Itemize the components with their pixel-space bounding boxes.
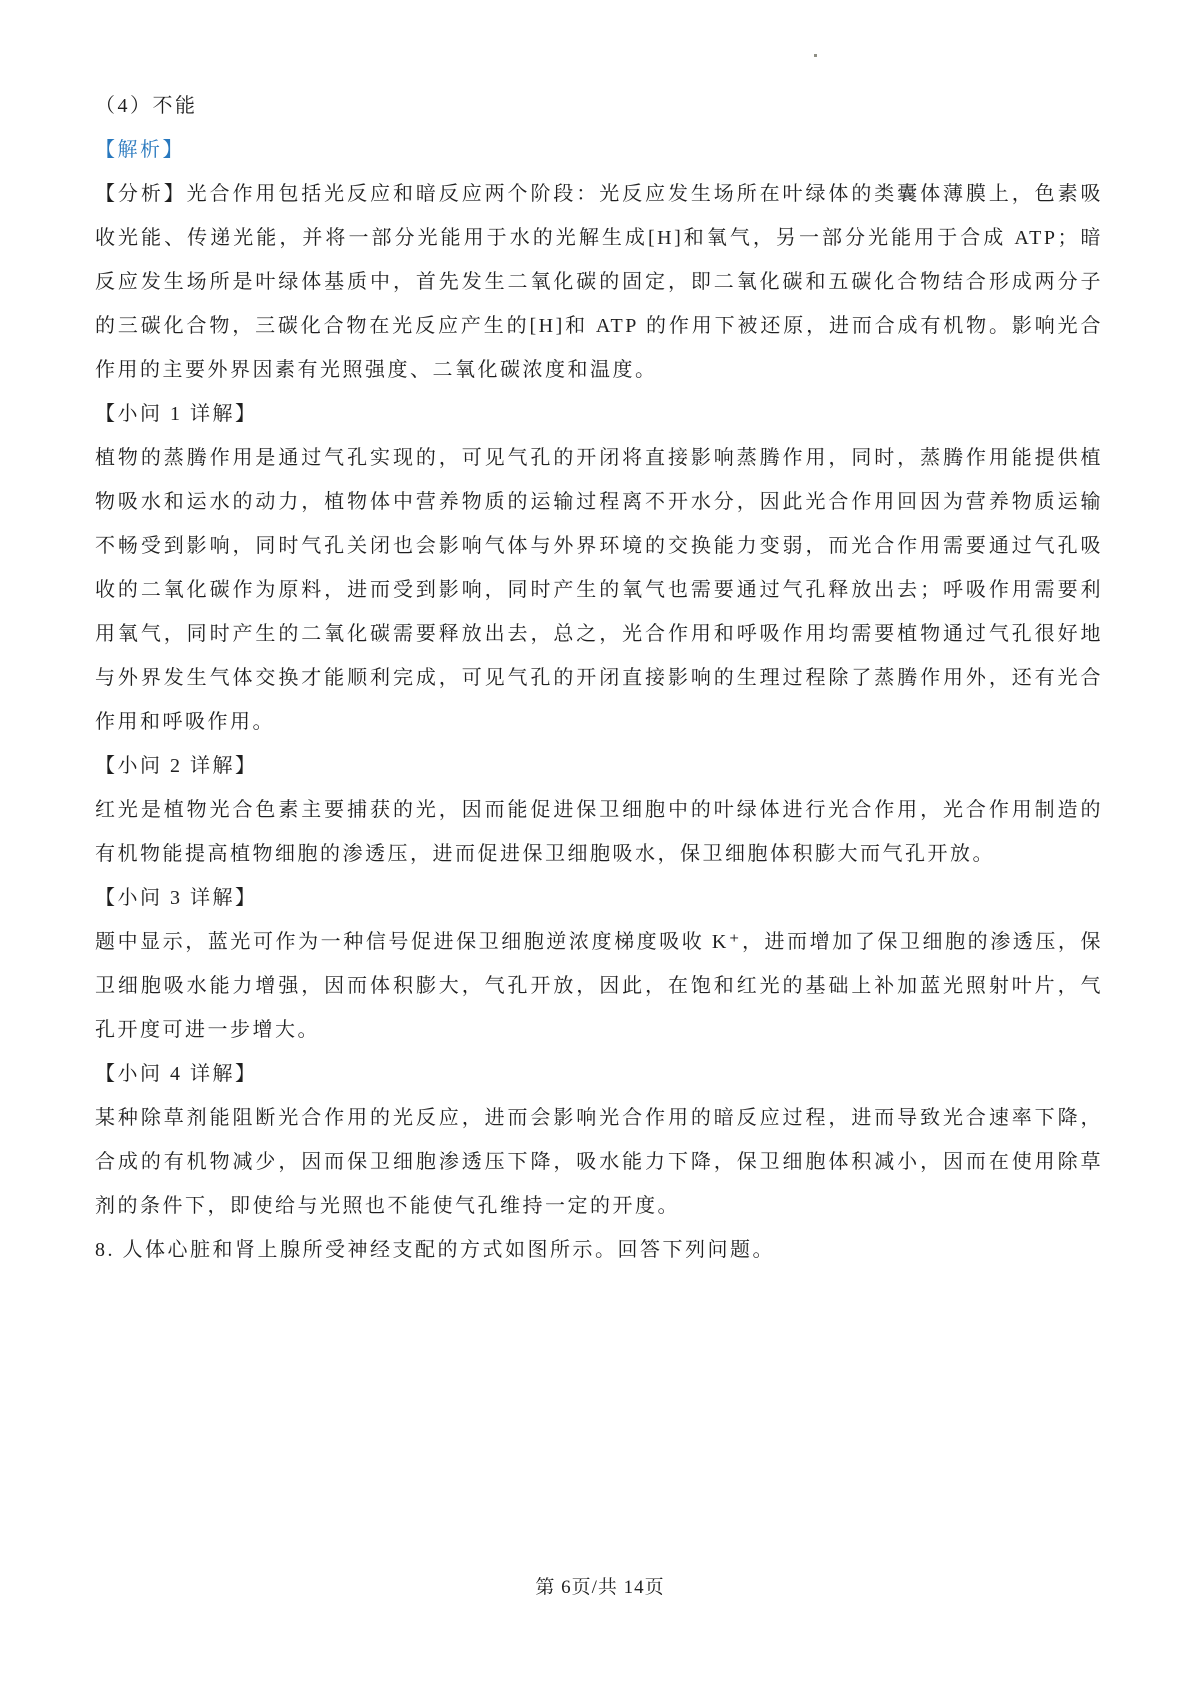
- document-content: （4）不能 【解析】 【分析】光合作用包括光反应和暗反应两个阶段：光反应发生场所…: [95, 84, 1103, 1272]
- question-8-stem: 8. 人体心脏和肾上腺所受神经支配的方式如图所示。回答下列问题。: [95, 1228, 1103, 1272]
- subquestion-2-label: 【小问 2 详解】: [95, 744, 1103, 788]
- subquestion-4-body: 某种除草剂能阻断光合作用的光反应，进而会影响光合作用的暗反应过程，进而导致光合速…: [95, 1096, 1103, 1228]
- answer-line-4: （4）不能: [95, 84, 1103, 128]
- scan-artifact-dot: [814, 54, 817, 57]
- analysis-section-label: 【解析】: [95, 128, 1103, 172]
- subquestion-1-label: 【小问 1 详解】: [95, 392, 1103, 436]
- analysis-paragraph: 【分析】光合作用包括光反应和暗反应两个阶段：光反应发生场所在叶绿体的类囊体薄膜上…: [95, 172, 1103, 392]
- page-footer: 第 6页/共 14页: [0, 1572, 1200, 1599]
- subquestion-2-body: 红光是植物光合色素主要捕获的光，因而能促进保卫细胞中的叶绿体进行光合作用，光合作…: [95, 788, 1103, 876]
- subquestion-4-label: 【小问 4 详解】: [95, 1052, 1103, 1096]
- subquestion-3-body: 题中显示，蓝光可作为一种信号促进保卫细胞逆浓度梯度吸收 K⁺，进而增加了保卫细胞…: [95, 920, 1103, 1052]
- document-page: （4）不能 【解析】 【分析】光合作用包括光反应和暗反应两个阶段：光反应发生场所…: [0, 0, 1200, 1698]
- subquestion-3-label: 【小问 3 详解】: [95, 876, 1103, 920]
- subquestion-1-body: 植物的蒸腾作用是通过气孔实现的，可见气孔的开闭将直接影响蒸腾作用，同时，蒸腾作用…: [95, 436, 1103, 744]
